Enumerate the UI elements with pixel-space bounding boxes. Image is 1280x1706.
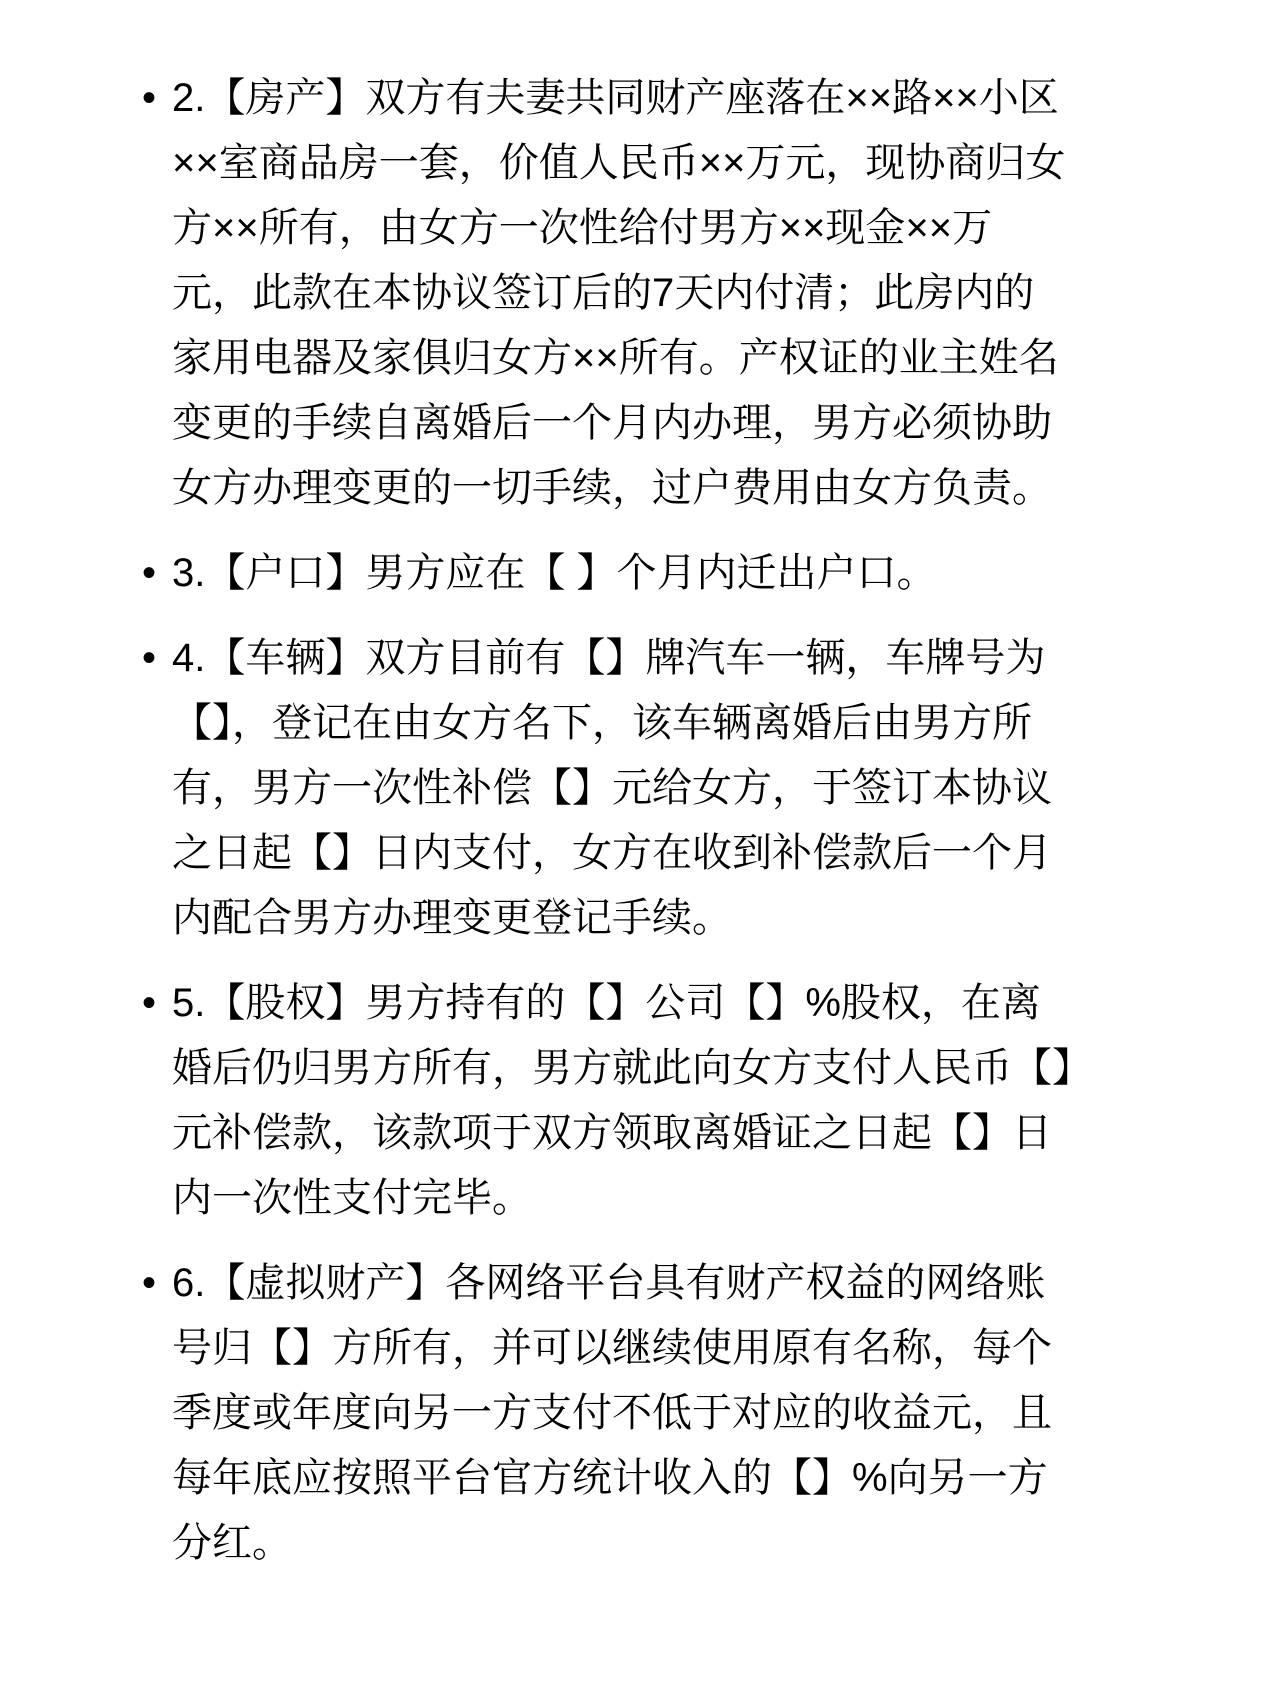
clause-item: 6.【虚拟财产】各网络平台具有财产权益的网络账号归【】方所有，并可以继续使用原有…: [172, 1251, 1072, 1576]
clause-text: 2.【房产】双方有夫妻共同财产座落在××路××小区××室商品房一套，价值人民币×…: [172, 76, 1065, 510]
clause-text: 6.【虚拟财产】各网络平台具有财产权益的网络账号归【】方所有，并可以继续使用原有…: [172, 1261, 1052, 1565]
clause-item: 2.【房产】双方有夫妻共同财产座落在××路××小区××室商品房一套，价值人民币×…: [172, 66, 1072, 521]
clause-list: 2.【房产】双方有夫妻共同财产座落在××路××小区××室商品房一套，价值人民币×…: [0, 0, 1072, 1576]
clause-item: 5.【股权】男方持有的【】公司【】%股权，在离婚后仍归男方所有，男方就此向女方支…: [172, 971, 1072, 1231]
document-page: 2.【房产】双方有夫妻共同财产座落在××路××小区××室商品房一套，价值人民币×…: [0, 0, 1280, 1706]
clause-item: 4.【车辆】双方目前有【】牌汽车一辆，车牌号为【】，登记在由女方名下，该车辆离婚…: [172, 626, 1072, 951]
clause-text: 5.【股权】男方持有的【】公司【】%股权，在离婚后仍归男方所有，男方就此向女方支…: [172, 981, 1072, 1220]
clause-text: 3.【户口】男方应在【 】个月内迁出户口。: [172, 551, 936, 595]
clause-text: 4.【车辆】双方目前有【】牌汽车一辆，车牌号为【】，登记在由女方名下，该车辆离婚…: [172, 636, 1052, 940]
clause-item: 3.【户口】男方应在【 】个月内迁出户口。: [172, 541, 1072, 606]
